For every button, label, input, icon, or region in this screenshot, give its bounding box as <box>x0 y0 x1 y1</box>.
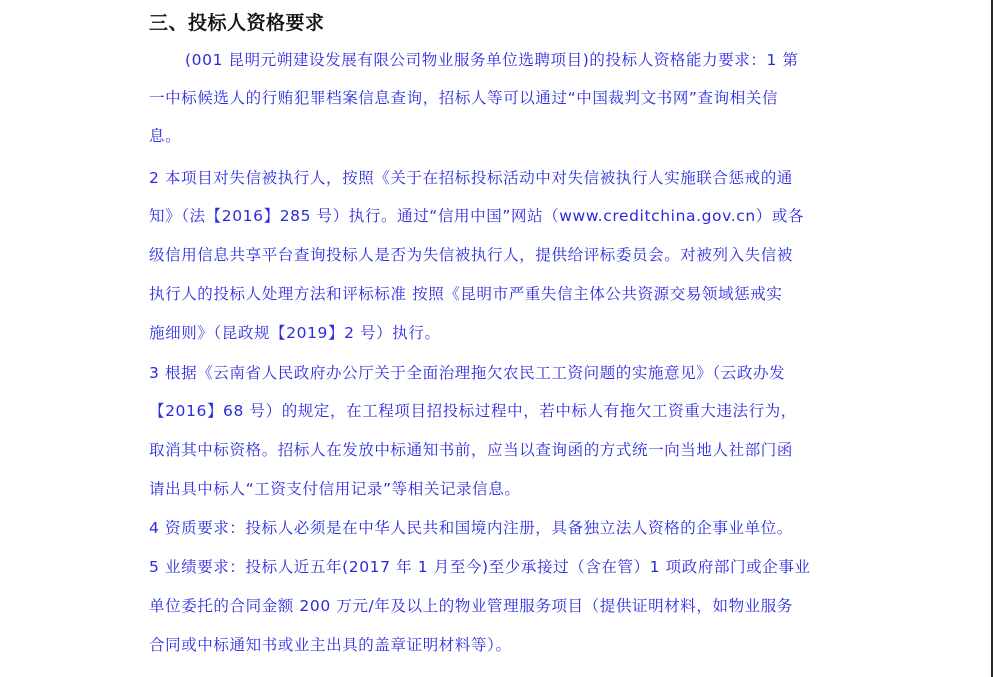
document-page: 三、投标人资格要求 (001 昆明元朔建设发展有限公司物业服务单位选聘项目)的投… <box>0 0 991 677</box>
paragraph-line: 取消其中标资格。招标人在发放中标通知书前，应当以查询函的方式统一向当地人社部门函 <box>149 440 793 460</box>
paragraph-line: 知》（法【2016】285 号）执行。通过“信用中国”网站（www.credit… <box>149 206 804 226</box>
paragraph-line: 执行人的投标人处理方法和评标标准 按照《昆明市严重失信主体公共资源交易领域惩戒实 <box>149 284 782 304</box>
paragraph-line: 请出具中标人“工资支付信用记录”等相关记录信息。 <box>149 479 520 499</box>
paragraph-line: (001 昆明元朔建设发展有限公司物业服务单位选聘项目)的投标人资格能力要求：1… <box>185 50 799 70</box>
paragraph-line: 5 业绩要求：投标人近五年(2017 年 1 月至今)至少承接过（含在管）1 项… <box>149 557 811 577</box>
paragraph-line: 息。 <box>149 126 181 146</box>
paragraph-line: 合同或中标通知书或业主出具的盖章证明材料等）。 <box>149 635 512 655</box>
paragraph-line: 级信用信息共享平台查询投标人是否为失信被执行人，提供给评标委员会。对被列入失信被 <box>149 245 793 265</box>
paragraph-line: 单位委托的合同金额 200 万元/年及以上的物业管理服务项目（提供证明材料，如物… <box>149 596 793 616</box>
paragraph-line: 施细则》（昆政规【2019】2 号）执行。 <box>149 323 441 343</box>
paragraph-line: 【2016】68 号）的规定，在工程项目招投标过程中，若中标人有拖欠工资重大违法… <box>149 401 797 421</box>
section-heading: 三、投标人资格要求 <box>149 8 325 35</box>
paragraph-line: 2 本项目对失信被执行人，按照《关于在招标投标活动中对失信被执行人实施联合惩戒的… <box>149 168 793 188</box>
paragraph-line: 一中标候选人的行贿犯罪档案信息查询，招标人等可以通过“中国裁判文书网”查询相关信 <box>149 88 778 108</box>
paragraph-line: 3 根据《云南省人民政府办公厅关于全面治理拖欠农民工工资问题的实施意见》（云政办… <box>149 363 785 383</box>
paragraph-line: 4 资质要求：投标人必须是在中华人民共和国境内注册，具备独立法人资格的企事业单位… <box>149 518 793 538</box>
